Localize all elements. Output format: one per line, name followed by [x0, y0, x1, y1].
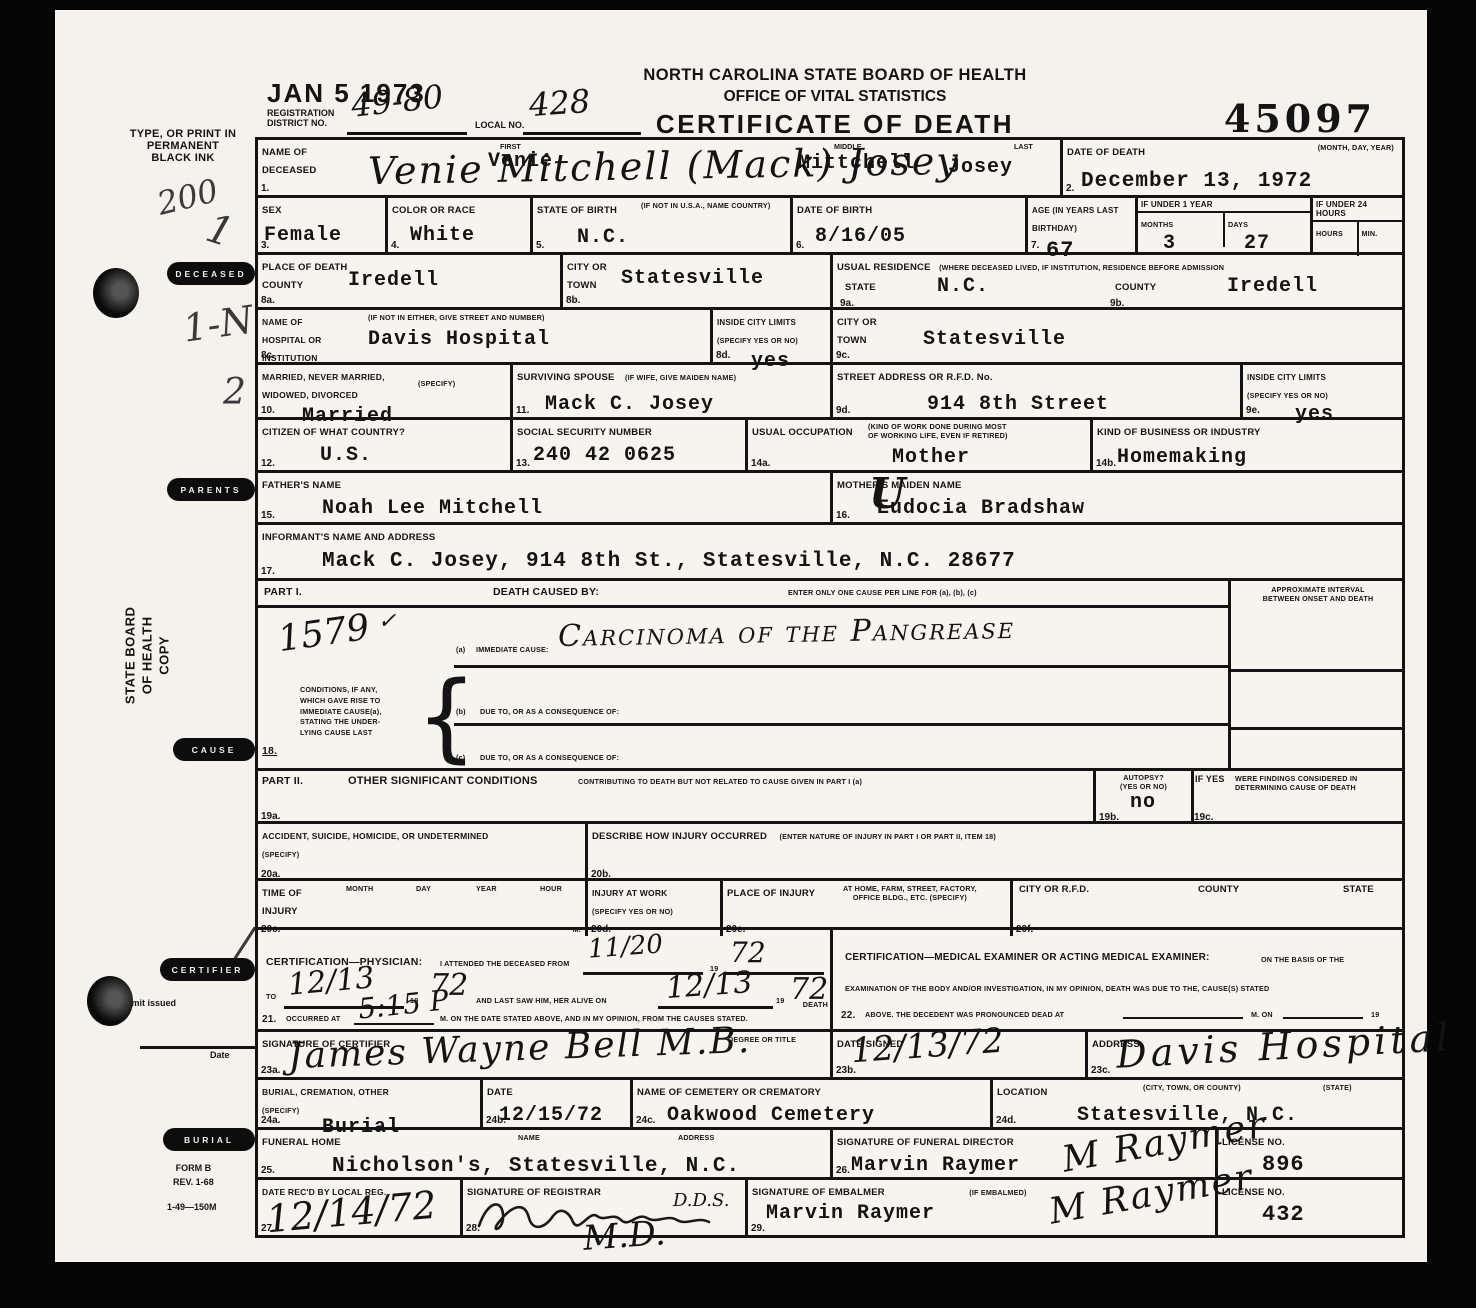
alive-date-handwritten: 12/13	[665, 965, 754, 1006]
field-date-of-birth: DATE OF BIRTH 8/16/05 6.	[793, 198, 1028, 252]
field-value: 8/16/05	[815, 225, 1021, 248]
field-value: 914 8th Street	[927, 393, 1236, 416]
field-certification-physician: CERTIFICATION—PHYSICIAN: I ATTENDED THE …	[258, 930, 833, 1029]
other-conditions-sub: CONTRIBUTING TO DEATH BUT NOT RELATED TO…	[578, 777, 862, 786]
field-value: Eudocia Bradshaw	[877, 497, 1398, 520]
death-caused-by-label: DEATH CAUSED BY:	[493, 586, 599, 598]
field-label: INJURY AT WORK	[592, 888, 668, 898]
field-value: Mother	[892, 446, 1086, 469]
part2-row: PART II. OTHER SIGNIFICANT CONDITIONS CO…	[258, 768, 1402, 824]
findings-label: WERE FINDINGS CONSIDERED IN DETERMINING …	[1235, 774, 1357, 792]
state-label: STATE	[845, 282, 876, 293]
cause-code-handwritten: 1579	[276, 607, 372, 660]
field-label: SURVIVING SPOUSE	[517, 372, 615, 383]
field-sublabel: (ENTER NATURE OF INJURY IN PART I OR PAR…	[780, 832, 996, 841]
field-sublabel: (SPECIFY)	[262, 850, 299, 859]
hour-label: HOUR	[540, 884, 562, 893]
field-label: NAME OF CEMETERY OR CREMATORY	[637, 1087, 821, 1098]
field-if-under-1-year: IF UNDER 1 YEAR MONTHS 3 DAYS 27	[1138, 198, 1313, 252]
tab-cause: CAUSE	[173, 738, 255, 761]
field-label: DATE	[487, 1087, 513, 1098]
registration-district-label: REGISTRATION DISTRICT NO.	[267, 108, 334, 129]
field-certification-medical-examiner: CERTIFICATION—MEDICAL EXAMINER OR ACTING…	[833, 930, 1402, 1029]
name-col-label: NAME	[518, 1133, 540, 1142]
county-value: Iredell	[1227, 275, 1318, 298]
field-number: 10.	[261, 405, 275, 416]
field-injury-city-county-state: CITY OR R.F.D. COUNTY STATE 20f.	[1013, 881, 1402, 936]
margin-type-note: TYPE, OR PRINT IN PERMANENT BLACK INK	[113, 128, 253, 164]
field-number: 14b.	[1096, 458, 1116, 469]
field-number: 23c.	[1091, 1065, 1110, 1076]
field-marital-status: MARRIED, NEVER MARRIED, WIDOWED, DIVORCE…	[258, 365, 513, 417]
registration-district-value: 49-80	[349, 77, 445, 124]
a-rule	[454, 665, 1228, 668]
field-number: 17.	[261, 566, 275, 577]
field-father-name: FATHER'S NAME Noah Lee Mitchell 15.	[258, 473, 833, 522]
field-label: SIGNATURE OF EMBALMER	[752, 1187, 885, 1198]
interval-column: APPROXIMATE INTERVAL BETWEEN ONSET AND D…	[1228, 581, 1405, 768]
field-place-of-death-county: PLACE OF DEATH COUNTY Iredell 8a.	[258, 255, 563, 307]
field-date-of-death: DATE OF DEATH (MONTH, DAY, YEAR) Decembe…	[1063, 140, 1402, 195]
field-label: INFORMANT'S NAME AND ADDRESS	[262, 532, 435, 543]
field-name-of-deceased: NAME OF DECEASED FIRST MIDDLE LAST Venie…	[258, 140, 1063, 195]
field-value: 12/15/72	[499, 1104, 626, 1127]
month-label: MONTH	[346, 884, 373, 893]
field-label: NAME OF DECEASED	[262, 147, 316, 176]
hole-punch	[93, 268, 139, 318]
field-sublabel: AT HOME, FARM, STREET, FACTORY, OFFICE B…	[843, 884, 977, 902]
field-label: MARRIED, NEVER MARRIED, WIDOWED, DIVORCE…	[262, 372, 385, 400]
other-conditions-label: OTHER SIGNIFICANT CONDITIONS	[348, 775, 538, 788]
field-label: INSIDE CITY LIMITS	[717, 318, 796, 327]
margin-handwritten-1: 1	[201, 205, 239, 257]
field-number: 8d.	[716, 350, 730, 361]
field-number: 7.	[1031, 240, 1039, 251]
header-office: OFFICE OF VITAL STATISTICS	[615, 88, 1055, 106]
field-time-of-injury: TIME OF INJURY MONTH DAY YEAR HOUR 20c. …	[258, 881, 588, 936]
field-date-signed: DATE SIGNED 12/13/72 23b.	[833, 1032, 1088, 1077]
field-signature-of-certifier: SIGNATURE OF CERTIFIER DEGREE OR TITLE J…	[258, 1032, 833, 1077]
field-value: Homemaking	[1117, 446, 1398, 469]
field-number: 22.	[841, 1010, 856, 1022]
field-value: White	[410, 224, 526, 247]
registrar-degree: D.D.S.	[673, 1190, 729, 1211]
city-rfd-label: CITY OR R.F.D.	[1019, 885, 1089, 896]
field-value: Mack C. Josey, 914 8th St., Statesville,…	[322, 550, 1398, 573]
field-number: 9c.	[836, 350, 850, 361]
part1-label: PART I.	[264, 586, 302, 598]
field-number: 25.	[261, 1165, 275, 1176]
field-number: 14a.	[751, 458, 770, 469]
last-col-label: LAST	[1014, 142, 1033, 151]
occurred-label: OCCURRED AT	[286, 1014, 341, 1023]
field-value: Mack C. Josey	[545, 393, 826, 416]
item-18-number: 18.	[262, 745, 277, 757]
field-registrar-signature: SIGNATURE OF REGISTRAR D.D.S. M.D. 28.	[463, 1180, 748, 1235]
field-place-of-death-city: CITY OR TOWN Statesville 8b.	[563, 255, 833, 307]
b-label: (b)	[456, 707, 466, 716]
field-number: 8a.	[261, 295, 275, 306]
field-number: 11.	[516, 405, 529, 416]
field-label: SEX	[262, 205, 282, 216]
field-usual-residence-state-county: USUAL RESIDENCE (WHERE DECEASED LIVED, I…	[833, 255, 1402, 307]
interval-label: APPROXIMATE INTERVAL BETWEEN ONSET AND D…	[1231, 585, 1405, 603]
attended-label: I ATTENDED THE DECEASED FROM	[440, 959, 569, 968]
field-number: 24a.	[261, 1115, 280, 1126]
days-label: DAYS	[1228, 220, 1248, 229]
field-label: PLACE OF INJURY	[727, 888, 815, 899]
day-label: DAY	[416, 884, 431, 893]
section-parents: FATHER'S NAME Noah Lee Mitchell 15. MOTH…	[255, 470, 1405, 581]
field-surviving-spouse: SURVIVING SPOUSE (IF WIFE, GIVE MAIDEN N…	[513, 365, 833, 417]
field-burial-date: DATE 12/15/72 24b.	[483, 1080, 633, 1127]
section-cause: APPROXIMATE INTERVAL BETWEEN ONSET AND D…	[255, 578, 1405, 930]
me-cert-title: CERTIFICATION—MEDICAL EXAMINER OR ACTING…	[845, 952, 1210, 964]
field-label: SOCIAL SECURITY NUMBER	[517, 427, 652, 438]
field-label: TIME OF INJURY	[262, 888, 302, 917]
name-handwritten: Venie Mitchell (Mack) Josey	[368, 139, 960, 193]
mother-handwritten-correction: U	[869, 469, 906, 518]
immediate-cause-label: IMMEDIATE CAUSE:	[476, 645, 549, 654]
a-label: (a)	[456, 645, 465, 654]
due-to-c-label: DUE TO, OR AS A CONSEQUENCE OF:	[480, 753, 619, 762]
rule	[354, 1023, 434, 1026]
certificate-form: NAME OF DECEASED FIRST MIDDLE LAST Venie…	[255, 140, 1405, 1238]
part2-label: PART II.	[262, 775, 303, 787]
year-prefix: 19	[776, 996, 784, 1005]
field-burial-cremation: BURIAL, CREMATION, OTHER (SPECIFY) Buria…	[258, 1080, 483, 1127]
field-value: U.S.	[320, 444, 506, 467]
section-certifier: CERTIFICATION—PHYSICIAN: I ATTENDED THE …	[255, 927, 1405, 1080]
county-label: COUNTY	[1115, 282, 1156, 293]
field-value: 896	[1262, 1152, 1398, 1177]
margin-handwritten-1n: 1-N	[180, 297, 256, 350]
field-sublabel: (SPECIFY YES OR NO)	[592, 907, 673, 916]
field-value: N.C.	[577, 226, 786, 249]
field-label: ACCIDENT, SUICIDE, HOMICIDE, OR UNDETERM…	[262, 831, 489, 841]
cause-code-check: ✓	[378, 609, 396, 634]
tab-certifier: CERTIFIER	[160, 958, 255, 981]
field-number: 29.	[751, 1223, 765, 1234]
date-label: Date	[210, 1050, 230, 1060]
field-number: 15.	[261, 510, 275, 521]
field-informant: INFORMANT'S NAME AND ADDRESS Mack C. Jos…	[258, 525, 1402, 578]
field-mother-maiden-name: MOTHER'S MAIDEN NAME Eudocia Bradshaw U …	[833, 473, 1402, 522]
field-citizen: CITIZEN OF WHAT COUNTRY? U.S. 12.	[258, 420, 513, 470]
tab-parents-label: PARENTS	[181, 485, 242, 495]
state-label: STATE	[1343, 885, 1374, 896]
field-residence-city: CITY OR TOWN Statesville 9c.	[833, 310, 1402, 362]
me-line1: ON THE BASIS OF THE	[1261, 955, 1344, 964]
field-number: 21.	[262, 1014, 277, 1026]
field-number: 9b.	[1110, 298, 1124, 309]
field-label: STATE OF BIRTH	[537, 205, 617, 216]
tab-burial: BURIAL	[163, 1128, 255, 1151]
field-sublabel: (CITY, TOWN, OR COUNTY)	[1143, 1083, 1241, 1092]
field-number: 9d.	[836, 405, 850, 416]
field-number: 8c.	[261, 350, 275, 361]
section-deceased: NAME OF DECEASED FIRST MIDDLE LAST Venie…	[255, 137, 1405, 473]
field-value: Noah Lee Mitchell	[322, 497, 826, 520]
rule	[1123, 1017, 1243, 1019]
registrar-degree-2: M.D.	[582, 1213, 667, 1259]
field-number: 12.	[261, 458, 275, 469]
hours-label: HOURS	[1316, 229, 1343, 238]
year-prefix: 19	[1371, 1010, 1379, 1019]
field-date-received: DATE REC'D BY LOCAL REG. 12/14/72 27.	[258, 1180, 463, 1235]
field-business-industry: KIND OF BUSINESS OR INDUSTRY Homemaking …	[1093, 420, 1402, 470]
interval-rule-b	[1231, 727, 1405, 730]
to-label: TO	[266, 992, 276, 1001]
field-how-injury-occurred: DESCRIBE HOW INJURY OCCURRED (ENTER NATU…	[588, 824, 1402, 881]
field-inside-city-limits-residence: INSIDE CITY LIMITS (SPECIFY YES OR NO) y…	[1243, 365, 1402, 417]
field-embalmer-signature: SIGNATURE OF EMBALMER (IF EMBALMED) Marv…	[748, 1180, 1218, 1235]
field-label: FATHER'S NAME	[262, 480, 341, 491]
min-label: MIN.	[1362, 229, 1378, 238]
tab-cause-label: CAUSE	[192, 745, 237, 755]
field-sublabel: (IF EMBALMED)	[969, 1188, 1026, 1197]
usual-residence-header: USUAL RESIDENCE	[837, 262, 931, 273]
rule	[658, 1006, 773, 1009]
attended-from-handwritten: 11/20	[587, 929, 664, 964]
certificate-paper: TYPE, OR PRINT IN PERMANENT BLACK INK 20…	[55, 10, 1427, 1262]
months-label: MONTHS	[1141, 220, 1173, 229]
field-findings: IF YES WERE FINDINGS CONSIDERED IN DETER…	[1191, 771, 1402, 824]
field-sublabel: (IF NOT IN EITHER, GIVE STREET AND NUMBE…	[368, 313, 545, 322]
local-no-label: LOCAL NO.	[475, 120, 524, 130]
part1-header-rule	[258, 605, 1228, 608]
field-label: BURIAL, CREMATION, OTHER	[262, 1087, 389, 1097]
field-label: DATE OF DEATH	[1067, 147, 1145, 158]
hole-punch	[87, 976, 133, 1026]
field-value: Female	[264, 224, 381, 247]
field-injury-at-work: INJURY AT WORK (SPECIFY YES OR NO) 20d.	[588, 881, 723, 936]
tab-burial-label: BURIAL	[184, 1135, 234, 1145]
field-label: AGE (IN YEARS LAST BIRTHDAY)	[1032, 206, 1119, 233]
field-label: STREET ADDRESS OR R.F.D. No.	[837, 372, 993, 383]
field-sublabel: (IF NOT IN U.S.A., NAME COUNTRY)	[641, 201, 771, 210]
field-value: Iredell	[348, 269, 439, 292]
year-handwritten: 72	[730, 936, 766, 969]
field-label: CITY OR TOWN	[567, 262, 607, 291]
field-value: Nicholson's, Statesville, N.C.	[332, 1155, 826, 1178]
one-cause-note: ENTER ONLY ONE CAUSE PER LINE FOR (a), (…	[788, 588, 977, 597]
usual-residence-subheader: (WHERE DECEASED LIVED, IF INSTITUTION, R…	[939, 263, 1224, 272]
field-value: Statesville	[923, 328, 1066, 351]
field-number: 8b.	[566, 295, 580, 306]
address-col-label: ADDRESS	[678, 1133, 715, 1142]
tab-deceased-label: DECEASED	[175, 269, 246, 279]
field-color-or-race: COLOR OR RACE White 4.	[388, 198, 533, 252]
field-number: 16.	[836, 510, 850, 521]
field-label: DATE OF BIRTH	[797, 205, 872, 216]
tab-parents: PARENTS	[167, 478, 255, 501]
me-line3: ABOVE. THE DECEDENT WAS PRONOUNCED DEAD …	[865, 1010, 1064, 1019]
county-label: COUNTY	[262, 280, 303, 291]
field-sublabel: (KIND OF WORK DONE DURING MOST OF WORKIN…	[868, 422, 1008, 440]
field-label: IF UNDER 1 YEAR	[1138, 198, 1310, 213]
field-number: 13.	[516, 458, 530, 469]
days-value: 27	[1244, 232, 1307, 255]
field-funeral-home: FUNERAL HOME NAME ADDRESS Nicholson's, S…	[258, 1130, 833, 1177]
field-state-of-birth: STATE OF BIRTH (IF NOT IN U.S.A., NAME C…	[533, 198, 793, 252]
field-label: LOCATION	[997, 1087, 1048, 1098]
field-number: 3.	[261, 240, 269, 251]
field-accident-suicide-homicide: ACCIDENT, SUICIDE, HOMICIDE, OR UNDETERM…	[258, 824, 588, 881]
m-on-label: M. ON	[1251, 1010, 1273, 1019]
state-board-copy-label: STATE BOARD OF HEALTH COPY	[73, 580, 223, 730]
field-sex: SEX Female 3.	[258, 198, 388, 252]
field-number: 24c.	[636, 1115, 655, 1126]
field-number: 9e.	[1246, 405, 1260, 416]
field-sublabel: (SPECIFY)	[262, 1106, 299, 1115]
year-label: YEAR	[476, 884, 497, 893]
field-sublabel: (SPECIFY)	[418, 379, 455, 388]
me-line2: EXAMINATION OF THE BODY AND/OR INVESTIGA…	[845, 984, 1269, 993]
field-number: 24b.	[486, 1115, 506, 1126]
field-sublabel: (SPECIFY YES OR NO)	[717, 336, 798, 345]
state-value: N.C.	[937, 275, 989, 298]
rule	[1283, 1017, 1363, 1019]
injury-detail-row: TIME OF INJURY MONTH DAY YEAR HOUR 20c. …	[258, 878, 1402, 936]
conditions-brace: {	[416, 669, 477, 765]
field-number: 23a.	[261, 1065, 280, 1076]
field-age: AGE (IN YEARS LAST BIRTHDAY) 67 7.	[1028, 198, 1138, 252]
field-usual-occupation: USUAL OCCUPATION (KIND OF WORK DONE DURI…	[748, 420, 1093, 470]
field-label: CITIZEN OF WHAT COUNTRY?	[262, 427, 405, 438]
header-board: NORTH CAROLINA STATE BOARD OF HEALTH	[615, 66, 1055, 85]
field-label: INSIDE CITY LIMITS	[1247, 373, 1326, 382]
months-value: 3	[1163, 232, 1220, 255]
field-label: USUAL OCCUPATION	[752, 427, 853, 438]
field-value: 240 42 0625	[533, 444, 741, 467]
accident-row: ACCIDENT, SUICIDE, HOMICIDE, OR UNDETERM…	[258, 821, 1402, 881]
field-street-address: STREET ADDRESS OR R.F.D. No. 914 8th Str…	[833, 365, 1243, 417]
field-sublabel: (IF WIFE, GIVE MAIDEN NAME)	[625, 373, 736, 382]
field-place-of-injury: PLACE OF INJURY AT HOME, FARM, STREET, F…	[723, 881, 1013, 936]
scanned-death-certificate: TYPE, OR PRINT IN PERMANENT BLACK INK 20…	[0, 0, 1476, 1308]
field-autopsy: AUTOPSY? (YES OR NO) no 19b.	[1093, 771, 1194, 824]
conditions-note: CONDITIONS, IF ANY, WHICH GAVE RISE TO I…	[300, 685, 382, 739]
field-label: IF UNDER 24 HOURS	[1313, 198, 1402, 222]
field-label: FUNERAL HOME	[262, 1137, 341, 1148]
field-value: Statesville	[621, 267, 764, 290]
field-value: 432	[1262, 1202, 1398, 1227]
form-run: 1-49—150M	[167, 1202, 217, 1212]
field-number: 2.	[1066, 183, 1074, 194]
autopsy-value: no	[1130, 791, 1191, 814]
field-label: DESCRIBE HOW INJURY OCCURRED	[592, 831, 767, 842]
field-label: COLOR OR RACE	[392, 205, 475, 216]
field-certifier-address: ADDRESS Davis Hospital 23c.	[1088, 1032, 1402, 1077]
death-label: DEATH	[803, 1000, 828, 1009]
field-sublabel: (SPECIFY YES OR NO)	[1247, 391, 1328, 400]
tab-deceased: DECEASED	[167, 262, 255, 285]
form-id: FORM B REV. 1-68	[173, 1162, 214, 1189]
field-number: 9a.	[840, 298, 854, 309]
certificate-number: 45097	[1175, 96, 1425, 141]
field-cemetery: NAME OF CEMETERY OR CREMATORY Oakwood Ce…	[633, 1080, 993, 1127]
due-to-b-label: DUE TO, OR AS A CONSEQUENCE OF:	[480, 707, 619, 716]
county-label: COUNTY	[1198, 885, 1239, 896]
section-burial: BURIAL, CREMATION, OTHER (SPECIFY) Buria…	[255, 1077, 1405, 1238]
immediate-cause-handwritten: Carcinoma of the Pangrease	[558, 611, 1016, 654]
b-rule	[454, 723, 1228, 726]
local-no-value: 428	[528, 82, 592, 124]
field-value: Davis Hospital	[368, 328, 550, 351]
field-label: KIND OF BUSINESS OR INDUSTRY	[1097, 427, 1261, 438]
field-inside-city-limits-death: INSIDE CITY LIMITS (SPECIFY YES OR NO) y…	[713, 310, 833, 362]
field-sublabel: (MONTH, DAY, YEAR)	[1318, 143, 1394, 152]
field-number: 1.	[261, 183, 269, 194]
autopsy-label: AUTOPSY? (YES OR NO)	[1096, 773, 1191, 791]
field-number: 26.	[836, 1165, 850, 1176]
if-yes-label: IF YES	[1195, 774, 1225, 784]
header-certificate-title: CERTIFICATE OF DEATH	[615, 109, 1055, 140]
margin-handwritten-2: 2	[223, 372, 246, 413]
field-sublabel: (STATE)	[1323, 1083, 1352, 1092]
field-hospital: NAME OF HOSPITAL OR INSTITUTION (IF NOT …	[258, 310, 713, 362]
field-ssn: SOCIAL SECURITY NUMBER 240 42 0625 13.	[513, 420, 748, 470]
registration-rule	[347, 132, 467, 135]
last-saw-label: AND LAST SAW HIM, HER ALIVE ON	[476, 996, 607, 1005]
field-value: December 13, 1972	[1081, 170, 1398, 193]
field-label: CITY OR TOWN	[837, 317, 877, 346]
field-number: 4.	[391, 240, 399, 251]
tab-certifier-label: CERTIFIER	[172, 965, 244, 975]
field-number: 6.	[796, 240, 804, 251]
place-of-death-header: PLACE OF DEATH	[262, 262, 347, 273]
field-funeral-director-signature: SIGNATURE OF FUNERAL DIRECTOR Marvin Ray…	[833, 1130, 1218, 1177]
field-label: SIGNATURE OF FUNERAL DIRECTOR	[837, 1137, 1014, 1148]
field-if-under-24-hours: IF UNDER 24 HOURS HOURS MIN.	[1313, 198, 1402, 252]
field-value: Oakwood Cemetery	[667, 1104, 986, 1127]
interval-rule-a	[1231, 669, 1405, 672]
c-label: (c)	[456, 753, 465, 762]
field-number: 5.	[536, 240, 544, 251]
field-number: 24d.	[996, 1115, 1016, 1126]
